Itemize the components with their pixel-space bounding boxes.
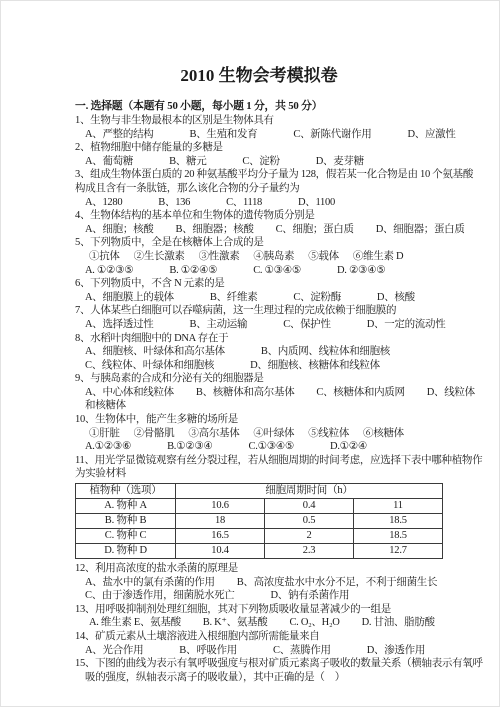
question-block: 2、植物细胞中储存能量的多糖是A、葡萄糖B、糖元C、淀粉D、麦芽糖 xyxy=(75,141,443,168)
option: D、麦芽糖 xyxy=(316,155,364,169)
option: C、新陈代谢作用 xyxy=(293,128,371,142)
question-stem: 9、与胰岛素的合成和分泌有关的细胞器是 xyxy=(75,372,443,386)
option: C. ①③④⑤ xyxy=(253,264,301,278)
question-block: 8、水稻叶肉细胞中的 DNA 存在于A、细胞核、叶绿体和高尔基体B、内质网、线粒… xyxy=(75,332,443,373)
option: C、线粒体、叶绿体和细胞核 xyxy=(85,359,214,373)
numbered-item: ⑥维生素 D xyxy=(353,250,403,264)
option: A. ①②③⑤ xyxy=(85,264,133,278)
exam-page: 2010 生物会考模拟卷 一. 选择题（本题有 50 小题，每小题 1 分，共 … xyxy=(0,0,500,707)
numbered-item: ①肝脏 xyxy=(89,427,120,441)
table-cell: 11 xyxy=(354,499,443,514)
option: C、淀粉 xyxy=(242,155,279,169)
option: D、核酸 xyxy=(377,291,415,305)
question-stem-continuation: 为实验材料 xyxy=(75,467,443,481)
option: C、保护性 xyxy=(283,318,331,332)
option-row: A、葡萄糖B、糖元C、淀粉D、麦芽糖 xyxy=(85,155,443,169)
question-block: 5、下列物质中，全是在核糖体上合成的是①抗体②生长激素③性激素④胰岛素⑤载体⑥维… xyxy=(75,236,443,277)
table-header-cell: 植物种（选项） xyxy=(76,484,176,499)
option-row: A. 维生素 E、氨基酸B. K⁺、氨基酸C. O₂、H₂OD. 甘油、脂肪酸 xyxy=(89,616,443,630)
option: A、严整的结构 xyxy=(85,128,153,142)
question-stem: 1、生物与非生物最根本的区别是生物体具有 xyxy=(75,114,443,128)
question-block: 7、人体某些白细胞可以吞噬病菌，这一生理过程的完成依赖于细胞膜的A、选择透过性B… xyxy=(75,304,443,331)
table-header-cell: 细胞周期时间（h） xyxy=(176,484,443,499)
question-stem: 15、下图的曲线为表示有氧呼吸强度与根对矿质元素离子吸收的数量关系（横轴表示有氧… xyxy=(75,657,443,671)
option: A、盐水中的氯有杀菌的作用 xyxy=(85,576,215,590)
option: A、选择透过性 xyxy=(85,318,153,332)
question-stem: 14、矿质元素从土壤溶液进入根细胞内部所需能量来自 xyxy=(75,630,443,644)
option: A、中心体和线粒体 xyxy=(85,386,174,400)
table-cell: 18 xyxy=(176,514,265,529)
option: A、细胞；核酸 xyxy=(85,223,153,237)
numbered-item: ⑤载体 xyxy=(308,250,339,264)
option: B. K⁺、氨基酸 xyxy=(203,616,268,630)
option: C.①③④⑤ xyxy=(249,440,294,454)
table-cell: 18.5 xyxy=(354,514,443,529)
numbered-item: ④叶绿体 xyxy=(253,427,294,441)
question-stem-continuation: 构成且含有一条肽链，那么该化合物的分子量约为 xyxy=(75,182,443,196)
option: A. 维生素 E、氨基酸 xyxy=(89,616,181,630)
option: A、1280 xyxy=(85,196,122,210)
question-stem: 6、下列物质中，不含 N 元素的是 xyxy=(75,277,443,291)
table-cell: 0.5 xyxy=(265,514,354,529)
option: D、细胞器；蛋白质 xyxy=(376,223,465,237)
option-row: A、细胞；核酸B、细胞器；核酸C、细胞；蛋白质D、细胞器；蛋白质 xyxy=(85,223,443,237)
option-row: A、盐水中的氯有杀菌的作用B、高浓度盐水中水分不足，不利于细菌生长 xyxy=(85,576,443,590)
option-row: A、1280B、136C、1118D、1100 xyxy=(85,196,443,210)
option: C、1118 xyxy=(226,196,262,210)
numbered-item-row: ①抗体②生长激素③性激素④胰岛素⑤载体⑥维生素 D xyxy=(89,250,443,264)
numbered-item-row: ①肝脏②骨骼肌③高尔基体④叶绿体⑤线粒体⑥核糖体 xyxy=(89,427,443,441)
option-row: A、中心体和线粒体B、核糖体和高尔基体C、核糖体和内质网D、线粒体 xyxy=(85,386,443,400)
question-stem: 11、用光学显微镜观察有丝分裂过程，若从细胞周期的时间考虑，应选择下表中哪种植物… xyxy=(75,454,443,468)
page-title: 2010 生物会考模拟卷 xyxy=(75,61,443,86)
question-list: 1、生物与非生物最根本的区别是生物体具有A、严整的结构B、生殖和发育C、新陈代谢… xyxy=(75,114,443,684)
table-cell: 12.7 xyxy=(354,544,443,559)
question-stem: 7、人体某些白细胞可以吞噬病菌，这一生理过程的完成依赖于细胞膜的 xyxy=(75,304,443,318)
option: D、细胞核、核糖体和线粒体 xyxy=(250,359,380,373)
option: C. O₂、H₂O xyxy=(289,616,339,630)
option: C、核糖体和内质网 xyxy=(316,386,404,400)
option-row: A、细胞核、叶绿体和高尔基体B、内质网、线粒体和细胞核 xyxy=(85,345,443,359)
option: B、呼吸作用 xyxy=(179,644,237,658)
table-header-row: 植物种（选项）细胞周期时间（h） xyxy=(76,484,443,499)
option: B、纤维素 xyxy=(210,291,258,305)
question-block: 12、利用高浓度的盐水杀菌的原理是A、盐水中的氯有杀菌的作用B、高浓度盐水中水分… xyxy=(75,562,443,603)
table-cell: 2.3 xyxy=(265,544,354,559)
question-block: 1、生物与非生物最根本的区别是生物体具有A、严整的结构B、生殖和发育C、新陈代谢… xyxy=(75,114,443,141)
option: D、钠有杀菌作用 xyxy=(271,589,350,603)
numbered-item: ①抗体 xyxy=(89,250,120,264)
numbered-item: ⑤线粒体 xyxy=(308,427,349,441)
option: D、渗透作用 xyxy=(367,644,425,658)
question-stem: 8、水稻叶肉细胞中的 DNA 存在于 xyxy=(75,332,443,346)
option: C、由于渗透作用，细菌脱水死亡 xyxy=(85,589,235,603)
question-stem: 3、组成生物体蛋白质的 20 种氨基酸平均分子量为 128，假若某一化合物是由 … xyxy=(75,168,443,182)
option: C、淀粉酶 xyxy=(293,291,341,305)
table-cell: 0.4 xyxy=(265,499,354,514)
option: B、内质网、线粒体和细胞核 xyxy=(261,345,390,359)
option-row: C、由于渗透作用，细菌脱水死亡D、钠有杀菌作用 xyxy=(85,589,443,603)
question-block: 4、生物体结构的基本单位和生物体的遗传物质分别是A、细胞；核酸B、细胞器；核酸C… xyxy=(75,209,443,236)
option: B. ①②④⑤ xyxy=(169,264,217,278)
numbered-item: ③性激素 xyxy=(199,250,240,264)
option: D、应激性 xyxy=(408,128,456,142)
option: D、一定的流动性 xyxy=(367,318,446,332)
table-cell: B. 物种 B xyxy=(76,514,176,529)
table-cell: A. 物种 A xyxy=(76,499,176,514)
question-block: 15、下图的曲线为表示有氧呼吸强度与根对矿质元素离子吸收的数量关系（横轴表示有氧… xyxy=(75,657,443,684)
option: B、136 xyxy=(158,196,190,210)
table-cell: 10.6 xyxy=(176,499,265,514)
table-cell: C. 物种 C xyxy=(76,529,176,544)
option: D. 甘油、脂肪酸 xyxy=(362,616,435,630)
question-block: 6、下列物质中，不含 N 元素的是A、细胞膜上的载体B、纤维素C、淀粉酶D、核酸 xyxy=(75,277,443,304)
numbered-item: ②生长激素 xyxy=(134,250,185,264)
table-cell: 18.5 xyxy=(354,529,443,544)
question-stem: 4、生物体结构的基本单位和生物体的遗传物质分别是 xyxy=(75,209,443,223)
numbered-item: ②骨骼肌 xyxy=(134,427,175,441)
option-row: A、细胞膜上的载体B、纤维素C、淀粉酶D、核酸 xyxy=(85,291,443,305)
option: A、细胞膜上的载体 xyxy=(85,291,174,305)
option: B.①②③④ xyxy=(167,440,212,454)
option: A.①②③⑥ xyxy=(85,440,131,454)
question-stem: 13、用呼吸抑制剂处理红细胞，其对下列物质吸收量显著减少的一组是 xyxy=(75,603,443,617)
section-heading: 一. 选择题（本题有 50 小题，每小题 1 分，共 50 分） xyxy=(75,99,443,113)
option-row: A.①②③⑥B.①②③④C.①③④⑤D.①②④ xyxy=(85,440,443,454)
table-row: A. 物种 A10.60.411 xyxy=(76,499,443,514)
question-block: 14、矿质元素从土壤溶液进入根细胞内部所需能量来自A、光合作用B、呼吸作用C、蒸… xyxy=(75,630,443,657)
question-stem-continuation: 和核糖体 xyxy=(85,399,443,413)
option: A、细胞核、叶绿体和高尔基体 xyxy=(85,345,225,359)
option: B、核糖体和高尔基体 xyxy=(196,386,295,400)
table-row: D. 物种 D10.42.312.7 xyxy=(76,544,443,559)
question-block: 11、用光学显微镜观察有丝分裂过程，若从细胞周期的时间考虑，应选择下表中哪种植物… xyxy=(75,454,443,559)
option: B、高浓度盐水中水分不足，不利于细菌生长 xyxy=(237,576,438,590)
question-block: 3、组成生物体蛋白质的 20 种氨基酸平均分子量为 128，假若某一化合物是由 … xyxy=(75,168,443,209)
numbered-item: ③高尔基体 xyxy=(188,427,239,441)
numbered-item: ⑥核糖体 xyxy=(363,427,404,441)
table-cell: D. 物种 D xyxy=(76,544,176,559)
numbered-item: ④胰岛素 xyxy=(253,250,294,264)
option: C、细胞；蛋白质 xyxy=(276,223,354,237)
option: D、线粒体 xyxy=(427,386,475,400)
option: A、光合作用 xyxy=(85,644,143,658)
question-block: 9、与胰岛素的合成和分泌有关的细胞器是A、中心体和线粒体B、核糖体和高尔基体C、… xyxy=(75,372,443,413)
question-stem: 12、利用高浓度的盐水杀菌的原理是 xyxy=(75,562,443,576)
option-row: A、选择透过性B、主动运输C、保护性D、一定的流动性 xyxy=(85,318,443,332)
option: B、细胞器；核酸 xyxy=(175,223,253,237)
option: D.①②④ xyxy=(330,440,367,454)
question-stem: 10、生物体中，能产生多糖的场所是 xyxy=(75,413,443,427)
option-row: A、光合作用B、呼吸作用C、蒸腾作用D、渗透作用 xyxy=(85,644,443,658)
cell-cycle-table: 植物种（选项）细胞周期时间（h）A. 物种 A10.60.411B. 物种 B1… xyxy=(75,483,443,559)
question-block: 13、用呼吸抑制剂处理红细胞，其对下列物质吸收量显著减少的一组是A. 维生素 E… xyxy=(75,603,443,630)
option: D、1100 xyxy=(298,196,335,210)
option: B、主动运输 xyxy=(189,318,247,332)
table-cell: 16.5 xyxy=(176,529,265,544)
option: A、葡萄糖 xyxy=(85,155,133,169)
question-stem: 5、下列物质中，全是在核糖体上合成的是 xyxy=(75,236,443,250)
option: B、糖元 xyxy=(169,155,206,169)
option-row: A. ①②③⑤B. ①②④⑤C. ①③④⑤D. ②③④⑤ xyxy=(85,264,443,278)
question-stem-continuation: 吸的强度，纵轴表示离子的吸收量），其中正确的是（ ） xyxy=(85,671,443,685)
option: B、生殖和发育 xyxy=(189,128,257,142)
table-row: C. 物种 C16.5218.5 xyxy=(76,529,443,544)
table-cell: 10.4 xyxy=(176,544,265,559)
question-stem: 2、植物细胞中储存能量的多糖是 xyxy=(75,141,443,155)
table-row: B. 物种 B180.518.5 xyxy=(76,514,443,529)
option: D. ②③④⑤ xyxy=(337,264,385,278)
option-row: A、严整的结构B、生殖和发育C、新陈代谢作用D、应激性 xyxy=(85,128,443,142)
option-row: C、线粒体、叶绿体和细胞核D、细胞核、核糖体和线粒体 xyxy=(85,359,443,373)
option: C、蒸腾作用 xyxy=(273,644,331,658)
question-block: 10、生物体中，能产生多糖的场所是①肝脏②骨骼肌③高尔基体④叶绿体⑤线粒体⑥核糖… xyxy=(75,413,443,454)
table-cell: 2 xyxy=(265,529,354,544)
